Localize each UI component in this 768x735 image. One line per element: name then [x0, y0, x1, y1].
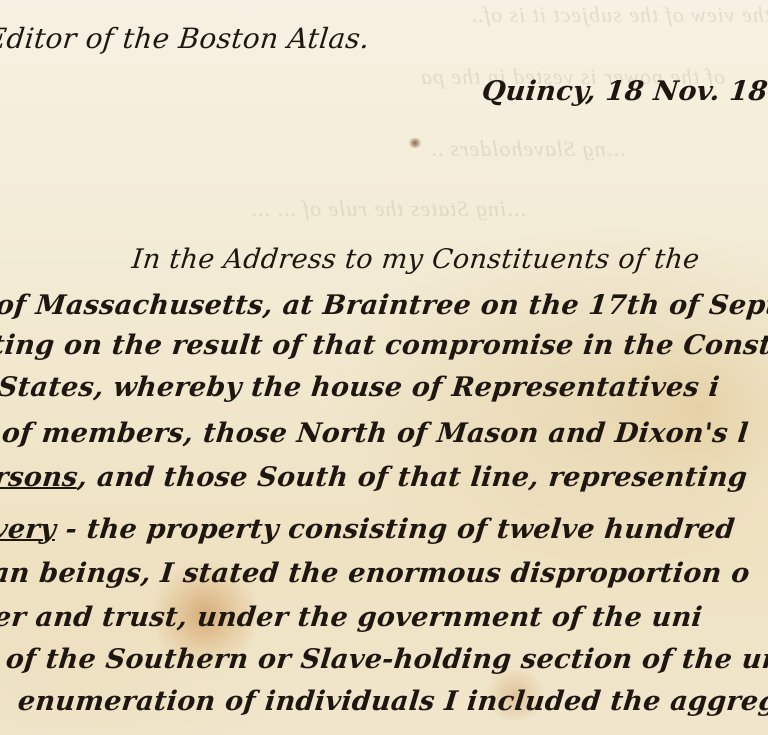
bleed-through-line: ...ing States the rule of ... ...	[250, 196, 526, 222]
bleed-through-line: ...ng Slaveholders ..	[430, 136, 625, 162]
body-line-5: of members, those North of Mason and Dix…	[0, 418, 750, 449]
underlined-word: rsons	[0, 462, 79, 493]
body-line-11: enumeration of individuals I included th…	[16, 686, 768, 717]
body-line-6: rsons, and those South of that line, rep…	[0, 462, 749, 493]
body-line-1: In the Address to my Constituents of the	[130, 244, 701, 275]
body-line-10: of the Southern or Slave-holding section…	[4, 644, 768, 675]
body-line-9: er and trust, under the government of th…	[0, 602, 704, 633]
underlined-word: very	[0, 514, 58, 545]
dateline: Quincy, 18 Nov. 18	[480, 76, 768, 107]
manuscript-page: the view of the subject it is of.. of th…	[0, 0, 768, 735]
body-line-8: an beings, I stated the enormous disprop…	[0, 558, 751, 589]
body-line-3: ting on the result of that compromise in…	[0, 330, 768, 361]
body-line-7: very - the property consisting of twelve…	[0, 514, 736, 545]
bleed-through-line: the view of the subject it is of..	[470, 2, 768, 28]
body-line-2: of Massachusetts, at Braintree on the 17…	[0, 290, 768, 321]
ink-blot	[408, 138, 422, 148]
body-line-6-rest: , and those South of that line, represen…	[76, 462, 749, 493]
body-line-4: States, whereby the house of Representat…	[0, 372, 721, 403]
address-line: Editor of the Boston Atlas.	[0, 22, 371, 55]
body-line-7-rest: - the property consisting of twelve hund…	[54, 514, 736, 545]
